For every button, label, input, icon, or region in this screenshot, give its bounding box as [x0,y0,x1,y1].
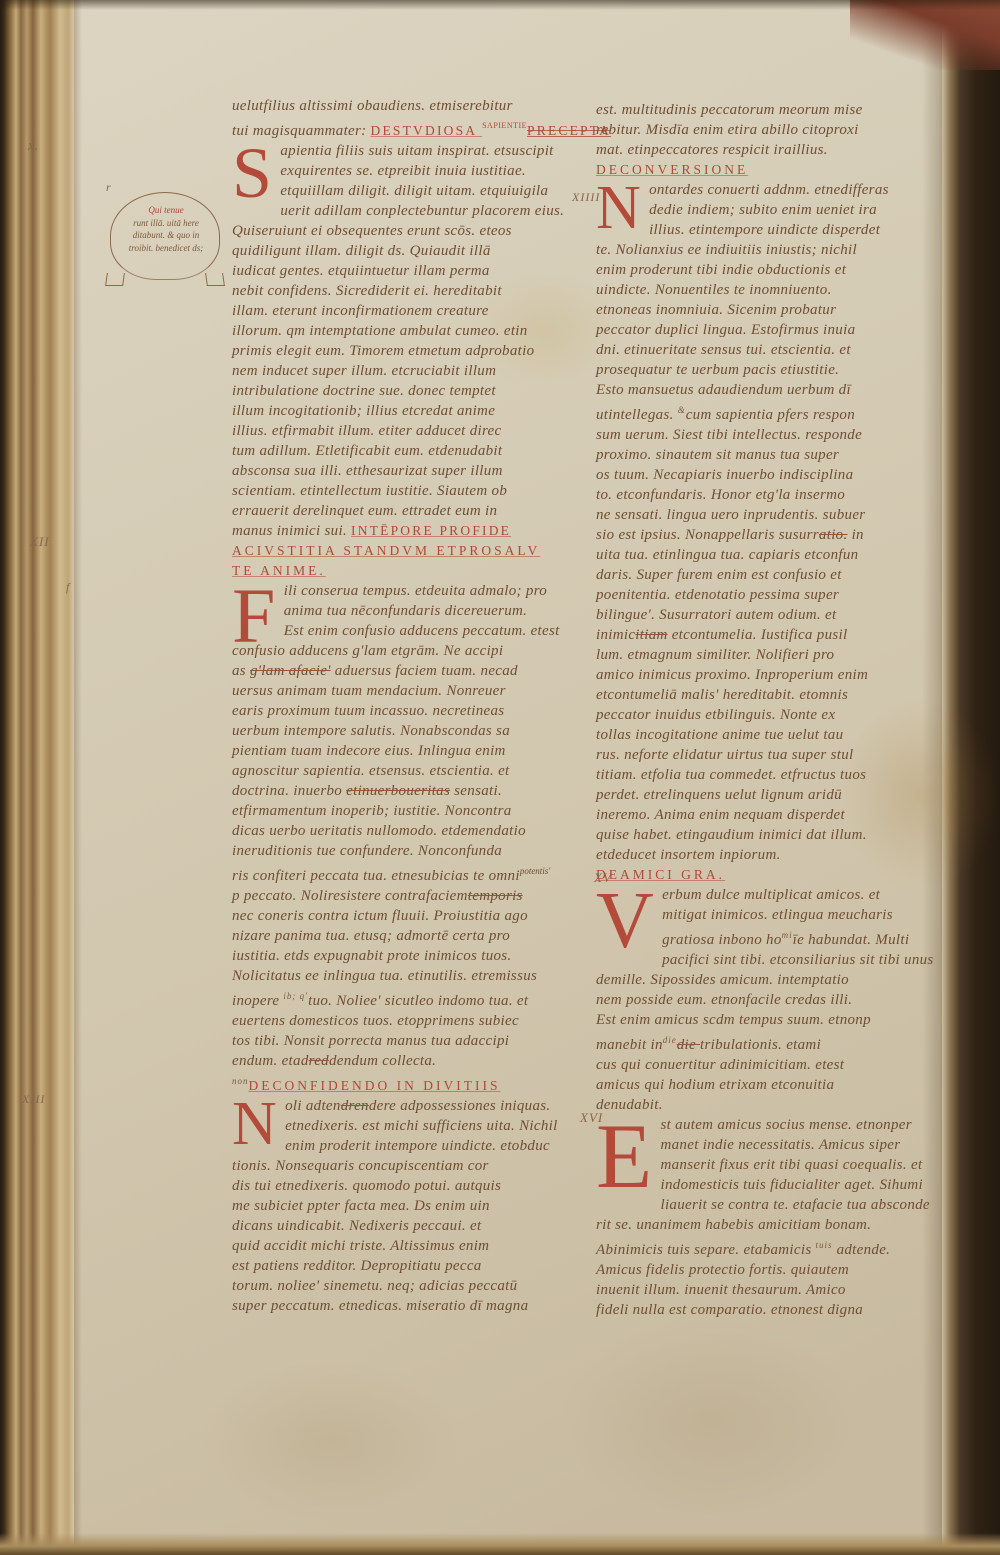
text-line: lum. etmagnum similiter. Nolifieri pro [596,645,952,665]
text-line: demille. Sipossides amicum. intemptatio [596,970,952,990]
script-text: mat. etinpeccatores respicit iraillius. [596,142,828,158]
manuscript-photo: x. r Qui tenue runt illā. uitā here dita… [0,0,1000,1555]
text-line: etnedixeris. est michi sufficiens uita. … [232,1116,584,1136]
script-text: sum uerum. Siest tibi intellectus. respo… [596,427,862,443]
text-line: iustitia. etds expugnabit prote inimicos… [232,946,584,966]
text-line: bilingue'. Susurratori autem odium. et [596,605,952,625]
script-text: manus inimici sui. [232,523,351,539]
text-column-left: uelutfilius altissimi obaudiens. etmiser… [232,96,584,1316]
leather-corner [850,0,1000,70]
text-line: nec coneris contra ictum fluuii. Proiust… [232,906,584,926]
script-text: ili conserua tempus. etdeuita admalo; pr… [284,583,547,599]
script-text: fideli nulla est comparatio. etnonest di… [596,1302,863,1318]
chapter-heading-block: DEAMICI GRA. [596,865,952,885]
script-text: indomesticis tuis fiducialiter aget. Sih… [661,1177,923,1193]
text-line: etfirmamentum inoperib; iustitie. Noncon… [232,801,584,821]
script-text: dni. etinueritate sensus tui. etscientia… [596,342,851,358]
text-line: titiam. etfolia tua commedet. etfructus … [596,765,952,785]
script-text: atio. [819,527,848,543]
text-line: inopere ib; q'tuo. Noliee' sicutleo indo… [232,986,584,1011]
script-text: dren [341,1098,369,1114]
script-text: temporis [468,888,523,904]
text-line: p peccato. Noliresistere contrafaciemtem… [232,886,584,906]
illuminated-initial: E [596,1117,653,1195]
script-text: ris confiteri peccata tua. etnesubicias … [232,868,520,884]
text-line: manus inimici sui. INTĒPORE PROFIDE [232,521,584,541]
text-line: est patiens redditor. Depropitiatu pecca [232,1256,584,1276]
text-line: amicus qui hodium etrixam etconuitia [596,1075,952,1095]
text-line: ontardes conuerti addnm. etnedifferas [596,180,952,200]
script-text: euertens domesticos tuos. etopprimens su… [232,1013,519,1029]
text-line: manebit indiedie tribulationis. etami [596,1030,952,1055]
script-text: errauerit derelinquet eum. ettradet eum … [232,503,497,519]
script-text: amico inimicus proximo. Inproperium enim [596,667,868,683]
script-text: tuo. Noliee' sicutleo indomo tua. et [308,993,528,1009]
script-text: bilingue'. Susurratori autem odium. et [596,607,836,623]
text-line: doctrina. inuerbo etinuerboueritas sensa… [232,781,584,801]
rubric-text: INTĒPORE PROFIDE [351,523,511,538]
text-line: intribulatione doctrine sue. donec tempt… [232,381,584,401]
script-text: inopere [232,993,283,1009]
script-text: quidiligunt illam. diligit ds. Quiaudit … [232,243,491,259]
text-line: to. etconfundaris. Honor etg'la insermo [596,485,952,505]
text-line: proximo. sinautem sit manus tua super [596,445,952,465]
script-text: absconsa sua illi. etthesaurizat super i… [232,463,503,479]
text-line: uindicte. Nonuentiles te inomniuento. [596,280,952,300]
text-line: etdeducet insortem inpiorum. [596,845,952,865]
text-line: illius. etfirmabit illum. etiter adducet… [232,421,584,441]
script-text: perdet. etrelinquens uelut lignum aridū [596,787,842,803]
text-line: sum uerum. Siest tibi intellectus. respo… [596,425,952,445]
gloss-line: troibit. benedicet ds; [120,242,212,255]
script-text: inimic [596,627,635,643]
script-text: me subiciet ppter facta mea. Ds enim uin [232,1198,490,1214]
text-line: dedie indiem; subito enim ueniet ira [596,200,952,220]
script-text: nizare panima tua. etusq; admortē certa … [232,928,510,944]
rubric-heading: ACIVSTITIA STANDVM ETPROSALV [232,541,584,561]
script-text: illum incogitationib; illius etcredat an… [232,403,495,419]
script-text: die [677,1037,700,1053]
script-text: g'lam afacie' [250,663,331,679]
script-text: nec coneris contra ictum fluuii. Proiust… [232,908,528,924]
script-text: aduersus faciem tuam. necad [331,663,518,679]
script-text: enim proderunt tibi indie obductionis et [596,262,846,278]
script-text: Est enim confusio adducens peccatum. ete… [284,623,560,639]
script-text: mi [782,930,793,940]
est-autem-amicus-section: Est autem amicus socius mense. etnonperm… [596,1115,952,1320]
text-line: earis proximum tuum incassuo. necretinea… [232,701,584,721]
script-text: dendum collecta. [329,1053,436,1069]
text-line: illorum. qm intemptatione ambulat cumeo.… [232,321,584,341]
illuminated-initial: V [596,887,654,955]
script-text: agnoscitur sapientia. etsensus. etscient… [232,763,510,779]
noli-adtendere-section: Noli adtendrendere adpossessiones iniqua… [232,1096,584,1316]
text-line: etnoneas inomniuia. Sicenim probatur [596,300,952,320]
script-text: ineremo. Anima enim nequam disperdet [596,807,845,823]
text-line: tos tibi. Nonsit porrecta manus tua adac… [232,1031,584,1051]
script-text: manebit in [596,1037,663,1053]
script-text: dis tui etnedixeris. quomodo potui. autq… [232,1178,501,1194]
script-text: uita tua. etinlingua tua. capiaris etcon… [596,547,858,563]
script-text: manet indie necessitatis. Amicus siper [661,1137,901,1153]
rubric-heading: nonDECONFIDENDO IN DIVITIIS [232,1071,584,1096]
text-line: mat. etinpeccatores respicit iraillius. [596,140,952,160]
text-line: rit se. unanimem habebis amicitiam bonam… [596,1215,952,1235]
script-text: poenitentia. etdenotatio pessima super [596,587,839,603]
parchment-stain [560,1320,860,1520]
text-line: apientia filiis suis uitam inspirat. ets… [232,141,584,161]
script-text: proximo. sinautem sit manus tua super [596,447,839,463]
text-line: sio est ipsius. Nonappellaris susurratio… [596,525,952,545]
text-line: uerbum intempore salutis. Nonabscondas s… [232,721,584,741]
text-line: etcontumeliā malis' hereditabit. etomnis [596,685,952,705]
text-column-right: est. multitudinis peccatorum meorum mise… [596,100,952,1320]
script-text: uelutfilius altissimi obaudiens. etmiser… [232,98,513,114]
text-line: Est enim amicus scdm tempus suum. etnonp [596,1010,952,1030]
script-text: manserit fixus erit tibi quasi coequalis… [661,1157,923,1173]
text-line: ne sensati. lingua uero inprudentis. sub… [596,505,952,525]
script-text: super peccatum. etnedicas. miseratio dī … [232,1298,528,1314]
text-line: poenitentia. etdenotatio pessima super [596,585,952,605]
text-line: ili conserua tempus. etdeuita admalo; pr… [232,581,584,601]
script-text: te. Nolianxius ee indiuitiis iniustis; n… [596,242,857,258]
text-line: tui magisquammater: DESTVDIOSA sapientie… [232,116,584,141]
margin-mark: x. [28,138,38,155]
script-text: est. multitudinis peccatorum meorum mise [596,102,863,118]
script-text: erbum dulce multiplicat amicos. et [662,887,880,903]
gloss-text: Qui tenue runt illā. uitā here ditabunt.… [120,204,212,254]
sapientia-section: Sapientia filiis suis uitam inspirat. et… [232,141,584,581]
text-line: quidiligunt illam. diligit ds. Quiaudit … [232,241,584,261]
illuminated-initial: F [232,583,276,649]
text-line: pientiam tuam indecore eius. Inlingua en… [232,741,584,761]
script-text: mitigat inimicos. etlingua meucharis [662,907,893,923]
script-text: quise habet. etingaudium inimici dat ill… [596,827,867,843]
script-text: Nolicitatus ee inlingua tua. etinutilis.… [232,968,537,984]
script-text: dedie indiem; subito enim ueniet ira [649,202,877,218]
script-text: prosequatur te uerbum pacis etiustitie. [596,362,839,378]
text-line: oli adtendrendere adpossessiones iniquas… [232,1096,584,1116]
script-text: doctrina. inuerbo [232,783,346,799]
script-text: tribulationis. etami [700,1037,821,1053]
script-text: rus. neforte elidatur uirtus tua super s… [596,747,854,763]
rubric-text: ACIVSTITIA STANDVM ETPROSALV [232,543,540,558]
chapter-number: XIII [22,1092,45,1107]
script-text: endum. etad [232,1053,309,1069]
script-text: uerbum intempore salutis. Nonabscondas s… [232,723,510,739]
text-line: quid accidit michi triste. Altissimus en… [232,1236,584,1256]
script-text: Quiseruiunt ei obsequentes erunt scōs. e… [232,223,512,239]
text-line: Nolicitatus ee inlingua tua. etinutilis.… [232,966,584,986]
script-text: denudabit. [596,1097,663,1113]
text-line: primis elegit eum. Timorem etmetum adpro… [232,341,584,361]
text-line: nizare panima tua. etusq; admortē certa … [232,926,584,946]
script-text: uerit adillam conplectebuntur placorem e… [280,203,564,219]
text-line: enim proderit intempore uindicte. etobdu… [232,1136,584,1156]
text-line: rebitur. Misdīa enim etira abillo citopr… [596,120,952,140]
script-text: oli adten [285,1098,341,1114]
text-line: nem inducet super illum. etcruciabit ill… [232,361,584,381]
text-line: iudicat gentes. etquiintuetur illam perm… [232,261,584,281]
script-text: etcontumelia. Iustifica pusil [668,627,848,643]
text-line: Quiseruiunt ei obsequentes erunt scōs. e… [232,221,584,241]
script-text: confusio adducens g'lam etgrām. Ne accip… [232,643,503,659]
chapter-number: XII [30,534,50,550]
script-text: pacifici sint tibi. etconsiliarius sit t… [662,952,934,968]
script-text: apientia filiis suis uitam inspirat. ets… [280,143,553,159]
rubric-heading: TE ANIME. [232,561,584,581]
fili-conserua-section: Fili conserua tempus. etdeuita admalo; p… [232,581,584,1071]
text-line: peccator inuidus etbilinguis. Nonte ex [596,705,952,725]
script-text: cus qui conuertitur adinimicitiam. etest [596,1057,844,1073]
script-text: iudicat gentes. etquiintuetur illam perm… [232,263,490,279]
gloss-line: Qui tenue [120,204,212,217]
script-text: tui magisquammater: [232,123,371,139]
script-text: tuis [816,1240,833,1250]
script-text: etdeducet insortem inpiorum. [596,847,781,863]
script-text: illius. etintempore uindicte disperdet [649,222,880,238]
script-text: rit se. unanimem habebis amicitiam bonam… [596,1217,871,1233]
script-text: quid accidit michi triste. Altissimus en… [232,1238,489,1254]
text-line: dis tui etnedixeris. quomodo potui. autq… [232,1176,584,1196]
text-line: inimicitiam etcontumelia. Iustifica pusi… [596,625,952,645]
text-line: daris. Super furem enim est confusio et [596,565,952,585]
bottom-edge [0,1533,1000,1555]
script-text: Est enim amicus scdm tempus suum. etnonp [596,1012,871,1028]
text-line: illius. etintempore uindicte disperdet [596,220,952,240]
text-line: as g'lam afacie' aduersus faciem tuam. n… [232,661,584,681]
script-text: sensati. [450,783,502,799]
text-line: os tuum. Necapiaris inuerbo indisciplina [596,465,952,485]
script-text: peccator inuidus etbilinguis. Nonte ex [596,707,835,723]
gloss-line: runt illā. uitā here [120,217,212,230]
script-text: etquiillam diligit. diligit uitam. etqui… [280,183,548,199]
script-text: illorum. qm intemptatione ambulat cumeo.… [232,323,528,339]
illuminated-initial: N [596,182,641,235]
margin-letter: f [66,580,69,595]
script-text: in [848,527,864,543]
text-line: perdet. etrelinquens uelut lignum aridū [596,785,952,805]
text-line: te. Nolianxius ee indiuitiis iniustis; n… [596,240,952,260]
rubric-text: DECONFIDENDO IN DIVITIIS [249,1078,501,1093]
script-text: cum sapientia pfers respon [686,407,855,423]
script-text: etcontumeliā malis' hereditabit. etomnis [596,687,848,703]
text-line: exquirentes se. etpreibit inuia iustitia… [232,161,584,181]
script-text: enim proderit intempore uindicte. etobdu… [285,1138,550,1154]
text-line: illam. eterunt inconfirmationem creature [232,301,584,321]
text-line: uersus animam tuam mendacium. Nonreuer [232,681,584,701]
text-line: tum adillum. Etletificabit eum. etdenuda… [232,441,584,461]
text-line: agnoscitur sapientia. etsensus. etscient… [232,761,584,781]
script-text: as [232,663,250,679]
script-text: non [232,1076,249,1086]
script-text: liauerit se contra te. etafacie tua absc… [661,1197,930,1213]
script-text: sio est ipsius. Nonappellaris susurr [596,527,819,543]
script-text: gratiosa inbono ho [662,932,782,948]
text-line: ris confiteri peccata tua. etnesubicias … [232,861,584,886]
text-line: Est enim confusio adducens peccatum. ete… [232,621,584,641]
text-line: illum incogitationib; illius etcredat an… [232,401,584,421]
script-text: nem posside eum. etnonfacile credas illi… [596,992,852,1008]
text-line: ineruditionis tue confundere. Nonconfund… [232,841,584,861]
continuation-block: uelutfilius altissimi obaudiens. etmiser… [232,96,584,141]
script-text: amicus qui hodium etrixam etconuitia [596,1077,834,1093]
text-line: denudabit. [596,1095,952,1115]
text-line: uerit adillam conplectebuntur placorem e… [232,201,584,221]
text-line: dicas uerbo ueritatis nullomodo. etdemen… [232,821,584,841]
text-line: nebit confidens. Sicrediderit ei. heredi… [232,281,584,301]
script-text: uindicte. Nonuentiles te inomniuento. [596,282,832,298]
script-text: nem inducet super illum. etcruciabit ill… [232,363,496,379]
script-text: scientiam. etintellectum iustitie. Siaut… [232,483,507,499]
text-line: ineremo. Anima enim nequam disperdet [596,805,952,825]
text-line: tollas incogitatione anime tue uelut tau [596,725,952,745]
script-text: etnedixeris. est michi sufficiens uita. … [285,1118,558,1134]
script-text: nebit confidens. Sicrediderit ei. heredi… [232,283,502,299]
text-line: est. multitudinis peccatorum meorum mise [596,100,952,120]
script-text: tionis. Nonsequaris concupiscentiam cor [232,1158,489,1174]
script-text: ontardes conuerti addnm. etnedifferas [649,182,889,198]
text-line: dni. etinueritate sensus tui. etscientia… [596,340,952,360]
gloss-foot [105,273,125,286]
script-text: os tuum. Necapiaris inuerbo indisciplina [596,467,853,483]
top-edge-shadow [0,0,1000,10]
gloss-line: ditabunt. & quo in [120,229,212,242]
text-line: dicans uindicabit. Nedixeris peccaui. et [232,1216,584,1236]
script-text: itiam [635,627,667,643]
rubric-text: TE ANIME. [232,563,326,578]
script-text: tos tibi. Nonsit porrecta manus tua adac… [232,1033,509,1049]
script-text: p peccato. Noliresistere contrafaciem [232,888,468,904]
parchment-stain [200,1360,460,1520]
script-text: Abinimicis tuis separe. etabamicis [596,1242,816,1258]
script-text: demille. Sipossides amicum. intemptatio [596,972,849,988]
script-text: & [678,405,686,415]
verbum-dulce-section: Verbum dulce multiplicat amicos. etmitig… [596,885,952,1115]
script-text: uersus animam tuam mendacium. Nonreuer [232,683,506,699]
script-text: anima tua nēconfundaris dicereuerum. [284,603,528,619]
text-line: Esto mansuetus adaudiendum uerbum dī [596,380,952,400]
text-line: Abinimicis tuis separe. etabamicis tuis … [596,1235,952,1260]
script-text: peccator duplici lingua. Estofirmus inui… [596,322,855,338]
text-line: prosequatur te uerbum pacis etiustitie. [596,360,952,380]
script-text: ib; q' [283,991,308,1001]
script-text: etnoneas inomniuia. Sicenim probatur [596,302,836,318]
non-tardes-section: Nontardes conuerti addnm. etnedifferasde… [596,180,952,865]
script-text: inuenit illum. inuenit thesaurum. Amico [596,1282,846,1298]
script-text: sapientie [482,121,527,130]
script-text: earis proximum tuum incassuo. necretinea… [232,703,504,719]
text-line: enim proderunt tibi indie obductionis et [596,260,952,280]
script-text: dicans uindicabit. Nedixeris peccaui. et [232,1218,481,1234]
text-line: confusio adducens g'lam etgrām. Ne accip… [232,641,584,661]
script-text: lum. etmagnum similiter. Nolifieri pro [596,647,834,663]
text-line: nem posside eum. etnonfacile credas illi… [596,990,952,1010]
script-text: iustitia. etds expugnabit prote inimicos… [232,948,511,964]
script-text: red [309,1053,329,1069]
margin-gloss-frame: Qui tenue runt illā. uitā here ditabunt.… [110,192,220,286]
text-line: errauerit derelinquet eum. ettradet eum … [232,501,584,521]
rubric-text: DESTVDIOSA [371,123,483,138]
text-line: amico inimicus proximo. Inproperium enim [596,665,952,685]
script-text: Esto mansuetus adaudiendum uerbum dī [596,382,851,398]
script-text: pientiam tuam indecore eius. Inlingua en… [232,743,506,759]
text-line: fideli nulla est comparatio. etnonest di… [596,1300,952,1320]
text-line: utintellegas. &cum sapientia pfers respo… [596,400,952,425]
script-text: ne sensati. lingua uero inprudentis. sub… [596,507,865,523]
script-text: st autem amicus socius mense. etnonper [661,1117,912,1133]
rubric-text: DECONVERSIONE [596,162,748,177]
text-line: uelutfilius altissimi obaudiens. etmiser… [232,96,584,116]
script-text: titiam. etfolia tua commedet. etfructus … [596,767,866,783]
script-text: illam. eterunt inconfirmationem creature [232,303,489,319]
script-text: die [663,1035,677,1045]
illuminated-initial: S [232,143,272,204]
script-text: potentis' [520,866,550,876]
script-text: torum. noliee' sinemetu. neq; adicias pe… [232,1278,517,1294]
text-line: Amicus fidelis protectio fortis. quiaute… [596,1260,952,1280]
script-text: daris. Super furem enim est confusio et [596,567,842,583]
script-text: Amicus fidelis protectio fortis. quiaute… [596,1262,849,1278]
text-line: cus qui conuertitur adinimicitiam. etest [596,1055,952,1075]
text-line: euertens domesticos tuos. etopprimens su… [232,1011,584,1031]
continuation-block: est. multitudinis peccatorum meorum mise… [596,100,952,160]
text-line: anima tua nēconfundaris dicereuerum. [232,601,584,621]
text-line: rus. neforte elidatur uirtus tua super s… [596,745,952,765]
text-line: endum. etadreddendum collecta. [232,1051,584,1071]
text-line: inuenit illum. inuenit thesaurum. Amico [596,1280,952,1300]
text-line: scientiam. etintellectum iustitie. Siaut… [232,481,584,501]
script-text: intribulatione doctrine sue. donec tempt… [232,383,496,399]
script-text: primis elegit eum. Timorem etmetum adpro… [232,343,534,359]
text-line: peccator duplici lingua. Estofirmus inui… [596,320,952,340]
script-text: to. etconfundaris. Honor etg'la insermo [596,487,845,503]
text-line: etquiillam diligit. diligit uitam. etqui… [232,181,584,201]
script-text: tollas incogitatione anime tue uelut tau [596,727,843,743]
text-line: super peccatum. etnedicas. miseratio dī … [232,1296,584,1316]
text-line: me subiciet ppter facta mea. Ds enim uin [232,1196,584,1216]
chapter-heading-block: nonDECONFIDENDO IN DIVITIIS [232,1071,584,1096]
rubric-text: DEAMICI GRA. [596,867,725,882]
book-leaf-edges [0,0,74,1555]
text-line: absconsa sua illi. etthesaurizat super i… [232,461,584,481]
illuminated-initial: N [232,1098,277,1151]
chapter-heading-block: DECONVERSIONE [596,160,952,180]
script-text: adtende. [833,1242,891,1258]
text-line: quise habet. etingaudium inimici dat ill… [596,825,952,845]
gloss-foot [205,273,225,286]
script-text: est patiens redditor. Depropitiatu pecca [232,1258,482,1274]
script-text: utintellegas. [596,407,678,423]
text-line: tionis. Nonsequaris concupiscentiam cor [232,1156,584,1176]
rubric-heading: DEAMICI GRA. [596,865,952,885]
script-text: illius. etfirmabit illum. etiter adducet… [232,423,501,439]
text-line: uita tua. etinlingua tua. capiaris etcon… [596,545,952,565]
script-text: exquirentes se. etpreibit inuia iustitia… [280,163,526,179]
script-text: dere adpossessiones iniquas. [369,1098,551,1114]
script-text: ineruditionis tue confundere. Nonconfund… [232,843,502,859]
script-text: rebitur. Misdīa enim etira abillo citopr… [596,122,859,138]
script-text: īe habundat. Multi [793,932,910,948]
rubric-heading: DECONVERSIONE [596,160,952,180]
text-line: torum. noliee' sinemetu. neq; adicias pe… [232,1276,584,1296]
script-text: tum adillum. Etletificabit eum. etdenuda… [232,443,502,459]
script-text: etfirmamentum inoperib; iustitie. Noncon… [232,803,512,819]
script-text: dicas uerbo ueritatis nullomodo. etdemen… [232,823,526,839]
script-text: etinuerboueritas [346,783,450,799]
